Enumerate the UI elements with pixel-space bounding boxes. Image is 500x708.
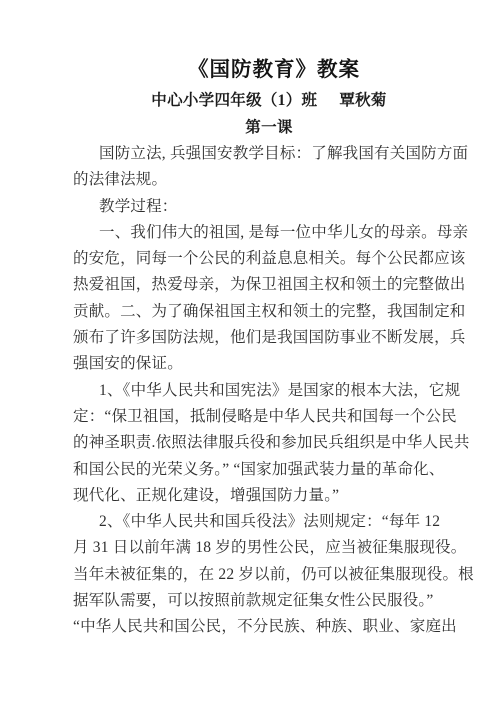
text-line: 和国公民的光荣义务。” “国家加强武装力量的革命化、 — [73, 457, 465, 483]
text-line: 的神圣职责.依照法律服兵役和参加民兵组织是中华人民共 — [73, 430, 465, 456]
text-line: 的安危，同每一个公民的利益息息相关。每个公民都应该 — [73, 246, 465, 272]
text-line: 国防立法, 兵强国安教学目标：了解我国有关国防方面 — [73, 141, 465, 167]
text-line: 2、《中华人民共和国兵役法》法则规定：“每年 12 — [73, 509, 465, 535]
text-line: 当年未被征集的，在 22 岁以前，仍可以被征集服现役。根 — [73, 562, 465, 588]
text-line: 一、我们伟大的祖国, 是每一位中华儿女的母亲。母亲 — [73, 220, 465, 246]
text-line: 教学过程： — [73, 194, 465, 220]
text-line: 月 31 日以前年满 18 岁的男性公民，应当被征集服现役。 — [73, 535, 465, 561]
text-line: 的法律法规。 — [73, 167, 465, 193]
text-line: “中华人民共和国公民，不分民族、种族、职业、家庭出 — [73, 614, 465, 640]
text-line: 定：“保卫祖国，抵制侵略是中华人民共和国每一个公民 — [73, 404, 465, 430]
text-line: 贡献。二、为了确保祖国主权和领土的完整，我国制定和 — [73, 299, 465, 325]
text-line: 据军队需要，可以按照前款规定征集女性公民服役。” — [73, 588, 465, 614]
text-line: 强国安的保证。 — [73, 351, 465, 377]
text-line: 热爱祖国，热爱母亲，为保卫祖国主权和领土的完整做出 — [73, 272, 465, 298]
document-page: 《国防教育》教案 中心小学四年级（1）班覃秋菊 第一课 国防立法, 兵强国安教学… — [0, 0, 500, 708]
text-line: 现代化、正规化建设，增强国防力量。” — [73, 483, 465, 509]
document-body: 国防立法, 兵强国安教学目标：了解我国有关国防方面的法律法规。教学过程：一、我们… — [73, 141, 465, 641]
document-subtitle: 中心小学四年级（1）班覃秋菊 — [73, 91, 465, 111]
text-line: 颁布了许多国防法规，他们是我国国防事业不断发展，兵 — [73, 325, 465, 351]
class-name: 中心小学四年级（1）班 — [151, 92, 317, 109]
document-content: 《国防教育》教案 中心小学四年级（1）班覃秋菊 第一课 国防立法, 兵强国安教学… — [73, 57, 465, 641]
author-name: 覃秋菊 — [339, 92, 386, 109]
section-heading: 第一课 — [73, 118, 465, 138]
text-line: 1、《中华人民共和国宪法》是国家的根本大法，它规 — [73, 378, 465, 404]
document-title: 《国防教育》教案 — [83, 57, 465, 83]
